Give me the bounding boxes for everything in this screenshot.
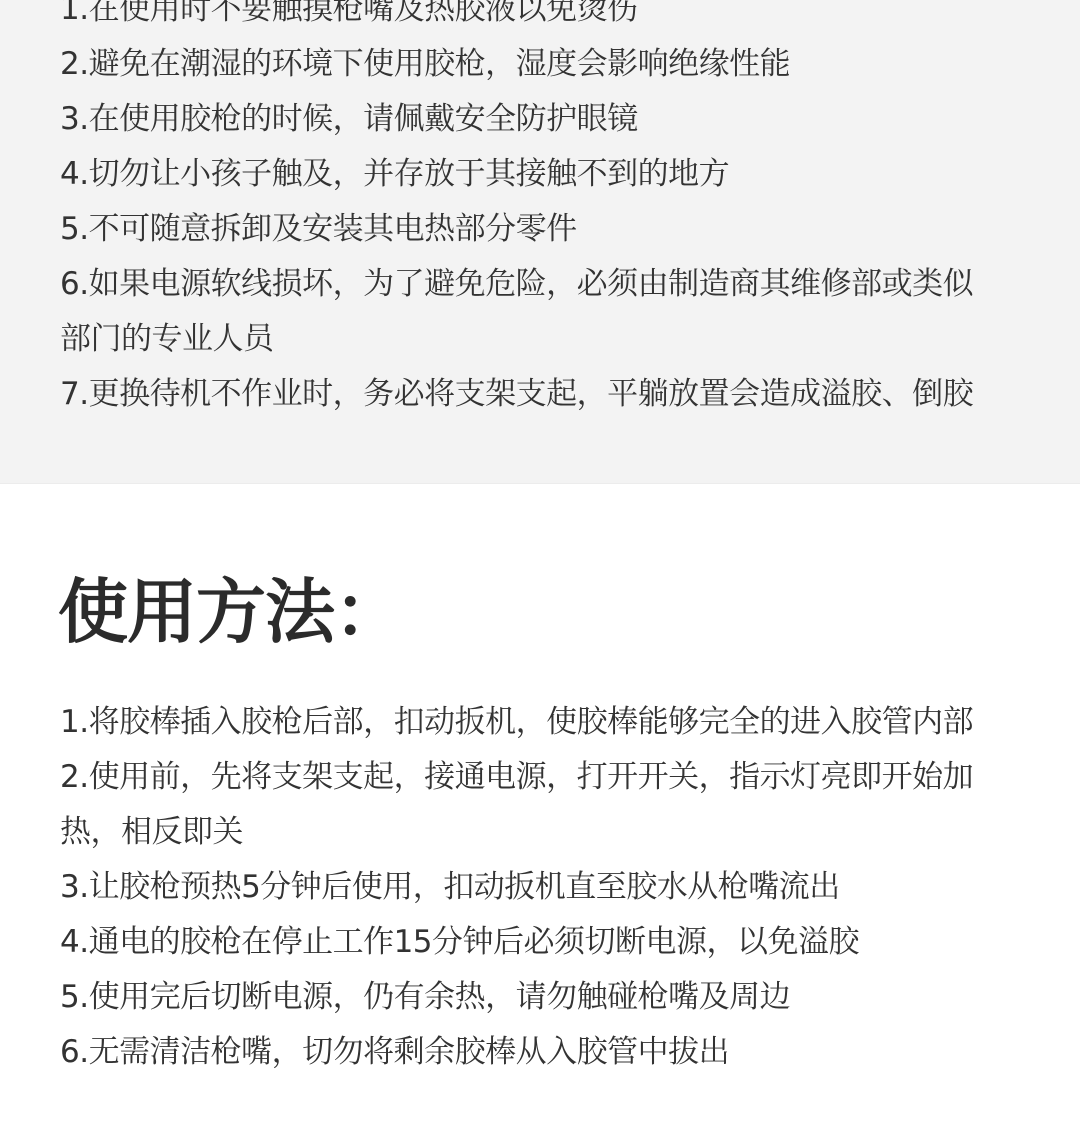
usage-instructions-section: 使用方法： 1.将胶棒插入胶枪后部，扣动扳机，使胶棒能够完全的进入胶管内部 2.… <box>0 484 1080 1123</box>
usage-line: 1.将胶棒插入胶枪后部，扣动扳机，使胶棒能够完全的进入胶管内部 <box>60 695 1040 750</box>
safety-notice-list: 1.在使用时不要触摸枪嘴及热胶液以免烫伤 2.避免在潮湿的环境下使用胶枪，湿度会… <box>60 0 1040 422</box>
product-detail-page: 1.在使用时不要触摸枪嘴及热胶液以免烫伤 2.避免在潮湿的环境下使用胶枪，湿度会… <box>0 0 1080 1123</box>
notice-line: 7.更换待机不作业时，务必将支架支起，平躺放置会造成溢胶、倒胶 <box>60 367 1040 422</box>
usage-line: 3.让胶枪预热5分钟后使用，扣动扳机直至胶水从枪嘴流出 <box>60 860 1040 915</box>
notice-line: 1.在使用时不要触摸枪嘴及热胶液以免烫伤 <box>60 0 1040 37</box>
usage-line: 6.无需清洁枪嘴，切勿将剩余胶棒从入胶管中拔出 <box>60 1025 1040 1080</box>
usage-instructions-list: 1.将胶棒插入胶枪后部，扣动扳机，使胶棒能够完全的进入胶管内部 2.使用前，先将… <box>60 695 1040 1080</box>
notice-line: 3.在使用胶枪的时候，请佩戴安全防护眼镜 <box>60 92 1040 147</box>
usage-line: 4.通电的胶枪在停止工作15分钟后必须切断电源，以免溢胶 <box>60 915 1040 970</box>
notice-line-continuation: 部门的专业人员 <box>60 312 1040 367</box>
usage-line-continuation: 热，相反即关 <box>60 805 1040 860</box>
notice-line: 6.如果电源软线损坏，为了避免危险，必须由制造商其维修部或类似 <box>60 257 1040 312</box>
safety-notice-section: 1.在使用时不要触摸枪嘴及热胶液以免烫伤 2.避免在潮湿的环境下使用胶枪，湿度会… <box>0 0 1080 484</box>
notice-line: 5.不可随意拆卸及安装其电热部分零件 <box>60 202 1040 257</box>
notice-line: 2.避免在潮湿的环境下使用胶枪，湿度会影响绝缘性能 <box>60 37 1040 92</box>
usage-line: 5.使用完后切断电源，仍有余热，请勿触碰枪嘴及周边 <box>60 970 1040 1025</box>
usage-title: 使用方法： <box>58 572 403 652</box>
usage-line: 2.使用前，先将支架支起，接通电源，打开开关，指示灯亮即开始加 <box>60 750 1040 805</box>
notice-line: 4.切勿让小孩子触及，并存放于其接触不到的地方 <box>60 147 1040 202</box>
